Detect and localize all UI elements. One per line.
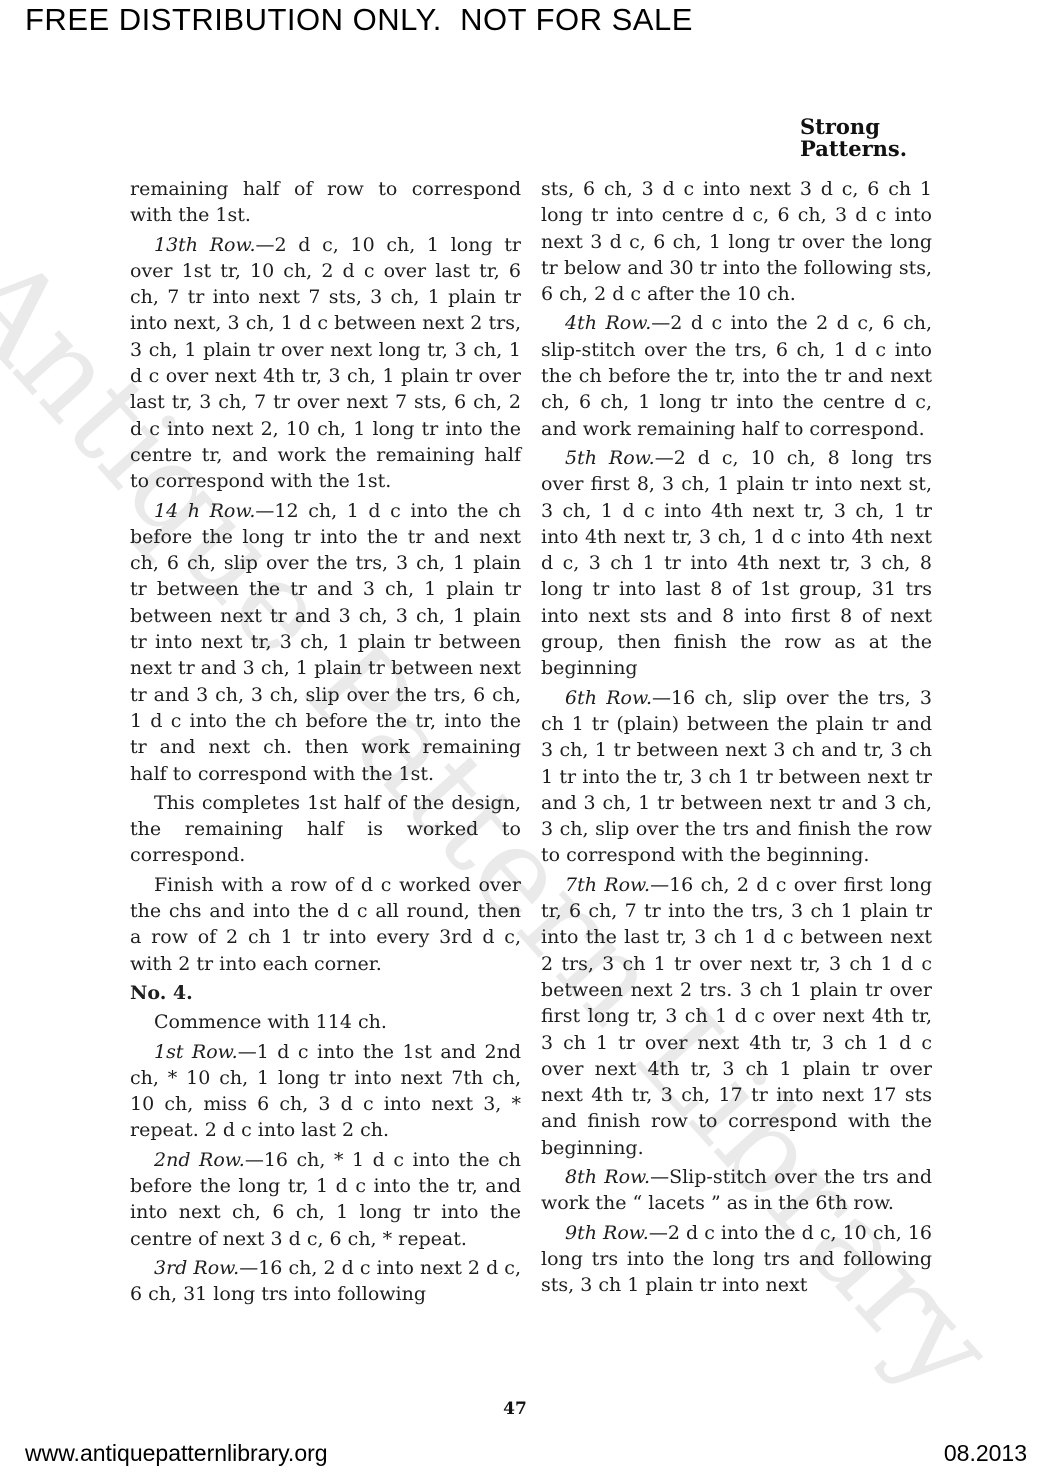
text-columns: remaining half of row to correspond with…	[130, 176, 932, 1310]
row-label: 13th Row.	[154, 234, 256, 256]
row-label: 4th Row.	[565, 312, 651, 334]
right-column: sts, 6 ch, 3 d c into next 3 d c, 6 ch 1…	[541, 176, 932, 1310]
paragraph: 5th Row.—2 d c, 10 ch, 8 long trs over f…	[541, 445, 932, 682]
row-label: 7th Row.	[565, 874, 650, 896]
paragraph: This completes 1st half of the design, t…	[130, 790, 521, 869]
paragraph: 6th Row.—16 ch, slip over the trs, 3 ch …	[541, 685, 932, 869]
row-label: 2nd Row.	[154, 1149, 245, 1171]
paragraph: Commence with 114 ch.	[130, 1009, 521, 1035]
paragraph: 4th Row.—2 d c into the 2 d c, 6 ch, sli…	[541, 310, 932, 441]
section-heading-line2: Patterns.	[800, 138, 907, 160]
section-heading-line1: Strong	[800, 116, 907, 138]
paragraph: No. 4.	[130, 980, 521, 1006]
row-label: 1st Row.	[154, 1041, 238, 1063]
paragraph: Finish with a row of d c worked over the…	[130, 872, 521, 977]
section-heading: Strong Patterns.	[800, 116, 907, 160]
left-column: remaining half of row to correspond with…	[130, 176, 521, 1310]
row-label: 5th Row.	[565, 447, 655, 469]
paragraph: 14 h Row.—12 ch, 1 d c into the ch befor…	[130, 498, 521, 787]
paragraph: 8th Row.—Slip-stitch over the trs and wo…	[541, 1164, 932, 1217]
row-label: 9th Row.	[565, 1222, 649, 1244]
paragraph: 13th Row.—2 d c, 10 ch, 1 long tr over 1…	[130, 232, 521, 495]
row-label: 14 h Row.	[154, 500, 255, 522]
paragraph: 9th Row.—2 d c into the d c, 10 ch, 16 l…	[541, 1220, 932, 1299]
footer-site-url: www.antiquepatternlibrary.org	[25, 1440, 328, 1467]
row-label: 8th Row.	[565, 1166, 650, 1188]
paragraph: 1st Row.—1 d c into the 1st and 2nd ch, …	[130, 1039, 521, 1144]
paragraph: remaining half of row to correspond with…	[130, 176, 521, 229]
page-number: 47	[440, 1399, 590, 1419]
paragraph: 3rd Row.—16 ch, 2 d c into next 2 d c, 6…	[130, 1255, 521, 1308]
footer-date: 08.2013	[944, 1440, 1027, 1467]
row-label: No. 4.	[130, 982, 193, 1004]
paragraph: 7th Row.—16 ch, 2 d c over first long tr…	[541, 872, 932, 1161]
row-label: 6th Row.	[565, 687, 652, 709]
paragraph: sts, 6 ch, 3 d c into next 3 d c, 6 ch 1…	[541, 176, 932, 307]
free-distribution-banner: FREE DISTRIBUTION ONLY. NOT FOR SALE	[25, 2, 693, 38]
row-label: 3rd Row.	[154, 1257, 239, 1279]
paragraph: 2nd Row.—16 ch, * 1 d c into the ch befo…	[130, 1147, 521, 1252]
